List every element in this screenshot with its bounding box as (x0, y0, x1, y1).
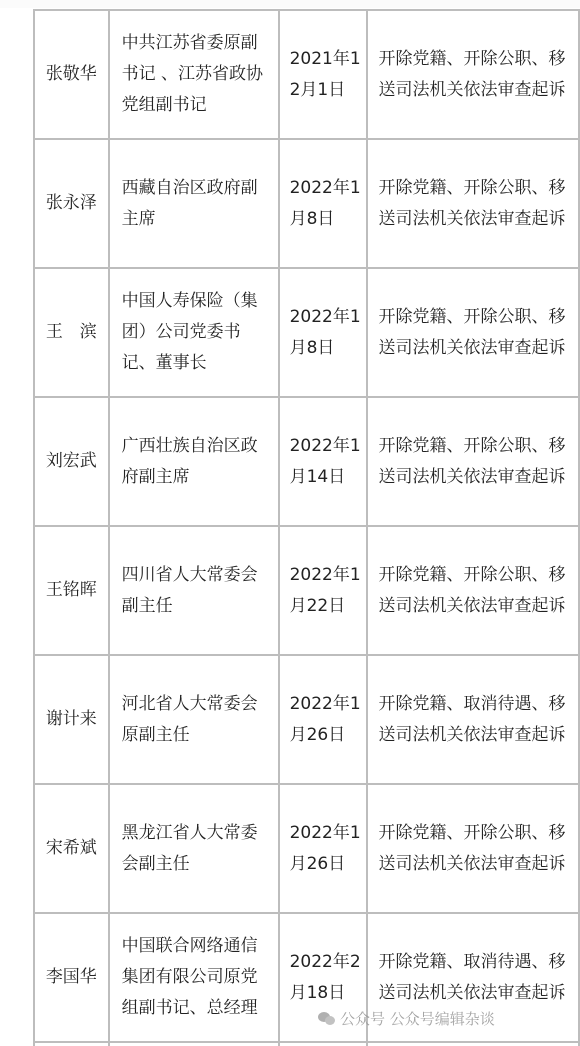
position-cell: 四川省人大常委会副主任 (109, 526, 279, 655)
position-cell: 广西壮族自治区政府副主席 (109, 397, 279, 526)
table-row-partial (34, 1042, 579, 1046)
name-cell: 张敬华 (34, 10, 109, 139)
table-row: 王铭晖 四川省人大常委会副主任 2022年1月22日 开除党籍、开除公职、移送司… (34, 526, 579, 655)
position-cell: 中国联合网络通信集团有限公司原党组副书记、总经理 (109, 913, 279, 1042)
name-cell: 宋希斌 (34, 784, 109, 913)
name-cell: 张永泽 (34, 139, 109, 268)
date-cell: 2022年1月26日 (279, 655, 368, 784)
name-cell: 李国华 (34, 913, 109, 1042)
name-cell: 王铭晖 (34, 526, 109, 655)
position-cell: 中共江苏省委原副书记 、江苏省政协党组副书记 (109, 10, 279, 139)
position-cell: 西藏自治区政府副主席 (109, 139, 279, 268)
table-row: 张敬华 中共江苏省委原副书记 、江苏省政协党组副书记 2021年12月1日 开除… (34, 10, 579, 139)
date-cell: 2022年1月22日 (279, 526, 368, 655)
date-cell: 2022年1月8日 (279, 268, 368, 397)
action-cell: 开除党籍、开除公职、移送司法机关依法审查起诉 (367, 268, 579, 397)
wechat-icon (318, 1012, 336, 1026)
name-cell: 谢计来 (34, 655, 109, 784)
table-row: 宋希斌 黑龙江省人大常委会副主任 2022年1月26日 开除党籍、开除公职、移送… (34, 784, 579, 913)
action-cell: 开除党籍、开除公职、移送司法机关依法审查起诉 (367, 10, 579, 139)
position-cell: 中国人寿保险（集团）公司党委书记、董事长 (109, 268, 279, 397)
position-cell: 河北省人大常委会原副主任 (109, 655, 279, 784)
empty-cell (367, 1042, 579, 1046)
table-row: 王 滨 中国人寿保险（集团）公司党委书记、董事长 2022年1月8日 开除党籍、… (34, 268, 579, 397)
table-row: 张永泽 西藏自治区政府副主席 2022年1月8日 开除党籍、开除公职、移送司法机… (34, 139, 579, 268)
name-cell: 王 滨 (34, 268, 109, 397)
date-cell: 2021年12月1日 (279, 10, 368, 139)
empty-cell (279, 1042, 368, 1046)
name-cell: 刘宏武 (34, 397, 109, 526)
action-cell: 开除党籍、开除公职、移送司法机关依法审查起诉 (367, 526, 579, 655)
date-cell: 2022年1月14日 (279, 397, 368, 526)
action-cell: 开除党籍、开除公职、移送司法机关依法审查起诉 (367, 784, 579, 913)
date-cell: 2022年1月26日 (279, 784, 368, 913)
action-cell: 开除党籍、取消待遇、移送司法机关依法审查起诉 (367, 655, 579, 784)
top-strip (0, 0, 580, 8)
position-cell: 黑龙江省人大常委会副主任 (109, 784, 279, 913)
empty-cell (34, 1042, 109, 1046)
empty-cell (109, 1042, 279, 1046)
officials-table: 张敬华 中共江苏省委原副书记 、江苏省政协党组副书记 2021年12月1日 开除… (33, 9, 580, 1046)
watermark-text: 公众号 公众号编辑杂谈 (340, 1008, 495, 1029)
action-cell: 开除党籍、开除公职、移送司法机关依法审查起诉 (367, 397, 579, 526)
table-row: 刘宏武 广西壮族自治区政府副主席 2022年1月14日 开除党籍、开除公职、移送… (34, 397, 579, 526)
watermark: 公众号 公众号编辑杂谈 (318, 1008, 495, 1029)
date-cell: 2022年1月8日 (279, 139, 368, 268)
action-cell: 开除党籍、开除公职、移送司法机关依法审查起诉 (367, 139, 579, 268)
table-row: 李国华 中国联合网络通信集团有限公司原党组副书记、总经理 2022年2月18日 … (34, 913, 579, 1042)
table-row: 谢计来 河北省人大常委会原副主任 2022年1月26日 开除党籍、取消待遇、移送… (34, 655, 579, 784)
